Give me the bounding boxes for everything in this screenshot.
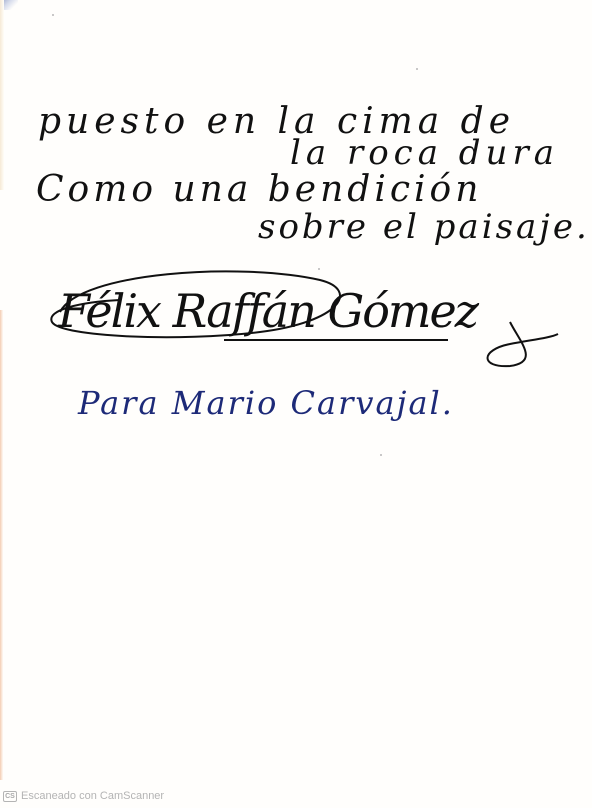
paper-edge-bottom xyxy=(0,310,3,780)
paper-edge-top xyxy=(0,0,4,190)
camscanner-logo-icon: CS xyxy=(3,791,17,802)
scanned-page: puesto en la cima de la roca dura Como u… xyxy=(0,0,592,808)
camscanner-watermark: CS Escaneado con CamScanner xyxy=(3,790,164,802)
dust-speck xyxy=(52,14,54,16)
poem-line-3: Como una bendición xyxy=(36,172,482,208)
dust-speck xyxy=(416,68,418,70)
signature-text: Félix Raffán Gómez xyxy=(58,284,477,338)
dedication-text: Para Mario Carvajal. xyxy=(78,384,454,422)
poem-line-4: sobre el paisaje. xyxy=(258,210,590,244)
poem-line-2: la roca dura xyxy=(290,136,559,170)
watermark-text: Escaneado con CamScanner xyxy=(21,790,164,802)
dust-speck xyxy=(380,454,382,456)
signature: Félix Raffán Gómez xyxy=(40,262,560,372)
